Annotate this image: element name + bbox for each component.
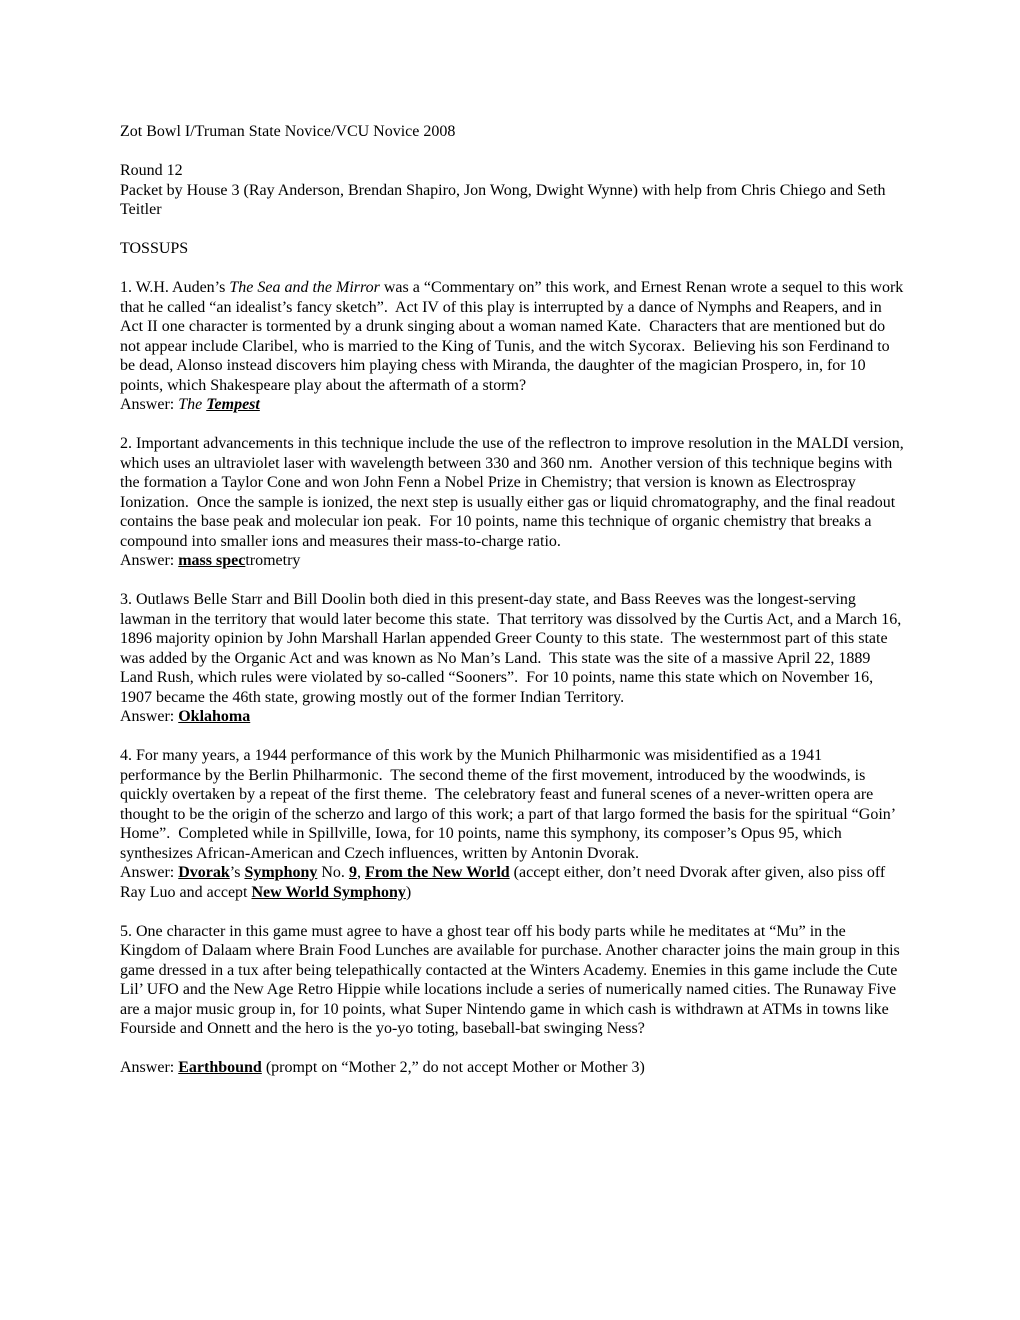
blank-line bbox=[120, 1078, 905, 1098]
tossup-4-answer: Answer: Dvorak’s Symphony No. 9, From th… bbox=[120, 863, 905, 902]
tossup-1-question: 1. W.H. Auden’s The Sea and the Mirror w… bbox=[120, 278, 905, 395]
tossup-5-question: 5. One character in this game must agree… bbox=[120, 922, 905, 1039]
round-label: Round 12 bbox=[120, 161, 905, 181]
text-run: 3. Outlaws Belle Starr and Bill Doolin b… bbox=[120, 591, 905, 706]
blank-line bbox=[120, 415, 905, 435]
tossup-3-question: 3. Outlaws Belle Starr and Bill Doolin b… bbox=[120, 590, 905, 707]
tossup-2-question: 2. Important advancements in this techni… bbox=[120, 434, 905, 551]
blank-line bbox=[120, 1039, 905, 1059]
text-run: 1. W.H. Auden’s bbox=[120, 279, 229, 296]
text-run: , bbox=[357, 864, 365, 881]
text-run: No. bbox=[317, 864, 349, 881]
text-run: From the New World bbox=[365, 864, 510, 881]
document-title: Zot Bowl I/Truman State Novice/VCU Novic… bbox=[120, 122, 905, 142]
text-run: (prompt on “Mother 2,” do not accept Mot… bbox=[262, 1059, 645, 1076]
blank-line bbox=[120, 902, 905, 922]
text-run: 5. One character in this game must agree… bbox=[120, 923, 904, 1038]
text-run: Symphony bbox=[244, 864, 317, 881]
packet-credit: Packet by House 3 (Ray Anderson, Brendan… bbox=[120, 181, 905, 220]
section-heading: TOSSUPS bbox=[120, 239, 905, 259]
text-run: The bbox=[178, 396, 206, 413]
text-run: The Sea and the Mirror bbox=[229, 279, 380, 296]
tossup-5-answer: Answer: Earthbound (prompt on “Mother 2,… bbox=[120, 1058, 905, 1078]
text-run: trometry bbox=[245, 552, 300, 569]
text-run: 2. Important advancements in this techni… bbox=[120, 435, 908, 550]
tossup-1-answer: Answer: The Tempest bbox=[120, 395, 905, 415]
tossup-4-question: 4. For many years, a 1944 performance of… bbox=[120, 746, 905, 863]
text-run: Answer: bbox=[120, 708, 178, 725]
text-run: ) bbox=[406, 884, 411, 901]
tossup-3-answer: Answer: Oklahoma bbox=[120, 707, 905, 727]
text-run: New World Symphony bbox=[252, 884, 406, 901]
document-page: Zot Bowl I/Truman State Novice/VCU Novic… bbox=[0, 0, 1020, 1320]
tossups-list: 1. W.H. Auden’s The Sea and the Mirror w… bbox=[120, 278, 905, 1097]
text-run: Answer: bbox=[120, 864, 178, 881]
text-run: Answer: bbox=[120, 396, 178, 413]
text-run: Dvorak bbox=[178, 864, 230, 881]
text-run: ’s bbox=[230, 864, 245, 881]
text-run: Tempest bbox=[206, 396, 260, 413]
text-run: was a “Commentary on” this work, and Ern… bbox=[120, 279, 907, 394]
text-run: Earthbound bbox=[178, 1059, 262, 1076]
blank-line bbox=[120, 220, 905, 240]
blank-line bbox=[120, 727, 905, 747]
text-run: mass spec bbox=[178, 552, 245, 569]
text-run: Answer: bbox=[120, 552, 178, 569]
blank-line bbox=[120, 571, 905, 591]
blank-line bbox=[120, 142, 905, 162]
text-run: Oklahoma bbox=[178, 708, 250, 725]
tossup-2-answer: Answer: mass spectrometry bbox=[120, 551, 905, 571]
text-run: 4. For many years, a 1944 performance of… bbox=[120, 747, 899, 862]
text-run: 9 bbox=[349, 864, 357, 881]
blank-line bbox=[120, 259, 905, 279]
text-run: Answer: bbox=[120, 1059, 178, 1076]
